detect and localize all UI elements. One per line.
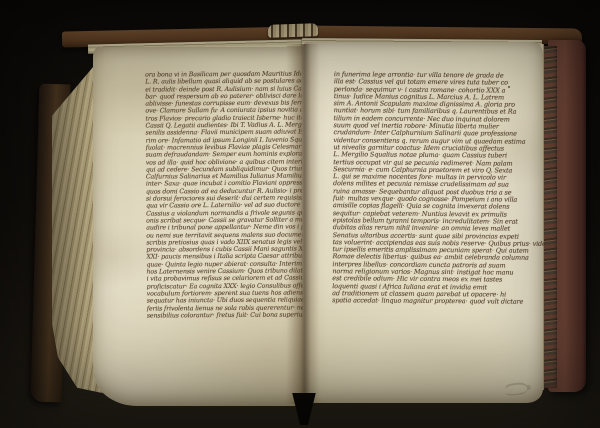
manuscript-line: sensibilius colorantur· fretus fuit· Cui… xyxy=(147,311,303,319)
ink-speck xyxy=(508,86,510,88)
open-manuscript-book: ora bona vi in Basilicam per quosdam Mau… xyxy=(0,0,600,428)
spine-headband xyxy=(268,23,318,38)
gutter-bottom-notch xyxy=(290,393,318,425)
left-page-text: ora bona vi in Basilicam per quosdam Mau… xyxy=(145,70,303,325)
right-page-text: in funerima lege arrontia· tur villa ten… xyxy=(332,71,546,313)
photo-background: ora bona vi in Basilicam per quosdam Mau… xyxy=(0,0,600,428)
manuscript-line: spatia accedat· linquo magnitur proptere… xyxy=(332,297,544,306)
